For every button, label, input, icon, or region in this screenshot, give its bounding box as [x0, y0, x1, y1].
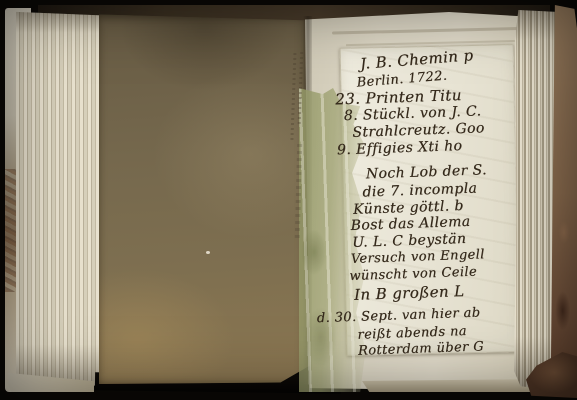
handwritten-line-13: wünscht von Ceile: [349, 265, 477, 284]
handwritten-line-15: d. 30. Sept. van hier ab: [317, 305, 481, 326]
handwritten-line-14: In B großen L: [354, 282, 465, 304]
handwritten-line-17: Rotterdam über G: [358, 339, 484, 358]
right-cover-edge: [551, 5, 577, 397]
left-page-block-edges: [16, 10, 110, 390]
handwritten-line-7: Noch Lob der S.: [366, 162, 488, 182]
paper-speck: [206, 251, 210, 254]
book-photograph: J. B. Chemin p Berlin. 1722. 23. Printen…: [0, 0, 577, 400]
left-blank-page: [99, 13, 310, 384]
handwritten-line-6: 9. Effigies Xti ho: [337, 138, 463, 158]
right-page-bottom-edges: [362, 379, 544, 392]
handwritten-line-1: J. B. Chemin p: [359, 46, 474, 73]
handwritten-line-5: Strahlcreutz. Goo: [352, 120, 485, 141]
